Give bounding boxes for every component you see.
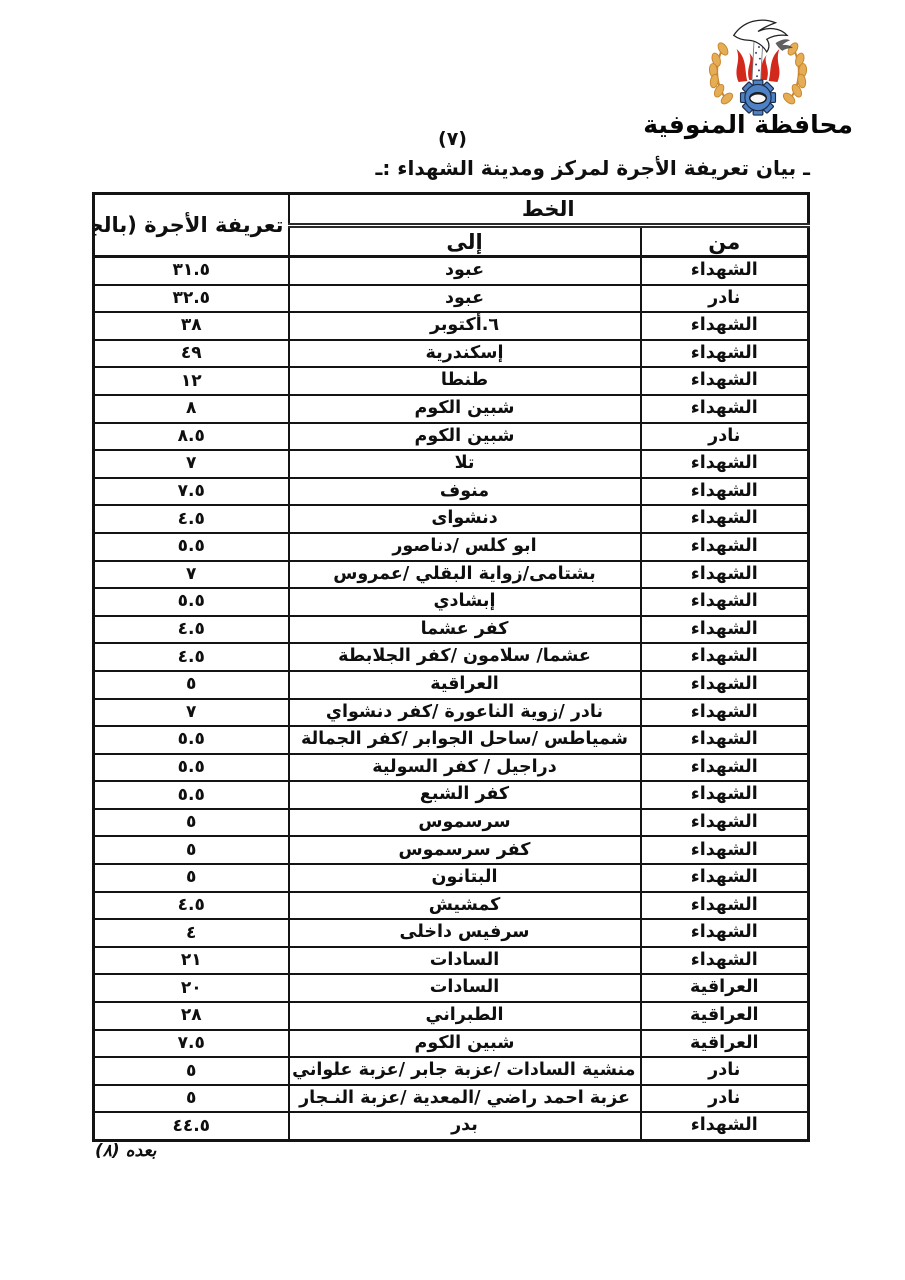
table-row: نادر عبود ٣٢.٥: [94, 285, 809, 313]
to-cell: السادات: [289, 947, 641, 975]
from-cell: الشهداء: [641, 864, 809, 892]
table-row: العراقية السادات ٢٠: [94, 974, 809, 1002]
table-row: الشهداء كمشيش ٤.٥: [94, 892, 809, 920]
to-cell: كفر عشما: [289, 616, 641, 644]
table-row: الشهداء نادر /زوية الناعورة /كفر دنشواي …: [94, 699, 809, 727]
from-cell: الشهداء: [641, 892, 809, 920]
fare-cell: ٣٨: [94, 312, 289, 340]
to-cell: بدر: [289, 1112, 641, 1140]
table-row: الشهداء شمياطس /ساحل الجوابر /كفر الجمال…: [94, 726, 809, 754]
to-cell: شبين الكوم: [289, 1030, 641, 1058]
from-cell: الشهداء: [641, 478, 809, 506]
table-row: الشهداء بدر ٤٤.٥: [94, 1112, 809, 1140]
table-row: الشهداء ٦.أكتوبر ٣٨: [94, 312, 809, 340]
column-header-fare: تعريفة الأجرة (بالجنيه): [94, 194, 289, 257]
to-cell: عبود: [289, 285, 641, 313]
fare-cell: ٥.٥: [94, 781, 289, 809]
fare-cell: ٥: [94, 836, 289, 864]
table-row: الشهداء طنطا ١٢: [94, 367, 809, 395]
fare-cell: ١٢: [94, 367, 289, 395]
from-cell: العراقية: [641, 974, 809, 1002]
to-cell: الطبراني: [289, 1002, 641, 1030]
fare-cell: ٧: [94, 450, 289, 478]
to-cell: سرسموس: [289, 809, 641, 837]
to-cell: البتانون: [289, 864, 641, 892]
to-cell: دنشواى: [289, 505, 641, 533]
from-cell: الشهداء: [641, 340, 809, 368]
continuation-note: بعده (٨): [95, 1141, 156, 1161]
to-cell: عشما/ سلامون /كفر الجلابطة: [289, 643, 641, 671]
fare-cell: ٤.٥: [94, 616, 289, 644]
fare-cell: ٤.٥: [94, 505, 289, 533]
table-row: الشهداء عشما/ سلامون /كفر الجلابطة ٤.٥: [94, 643, 809, 671]
from-cell: الشهداء: [641, 450, 809, 478]
table-row: الشهداء عبود ٣١.٥: [94, 257, 809, 285]
table-row: الشهداء بشتامى/زواية البقلي /عمروس ٧: [94, 561, 809, 589]
table-row: الشهداء العراقية ٥: [94, 671, 809, 699]
from-cell: الشهداء: [641, 533, 809, 561]
fare-cell: ٢١: [94, 947, 289, 975]
table-row: الشهداء تلا ٧: [94, 450, 809, 478]
table-row: نادر منشية السادات /عزبة جابر /عزبة علوا…: [94, 1057, 809, 1085]
column-header-from: من: [641, 226, 809, 257]
to-cell: إبشادي: [289, 588, 641, 616]
fare-cell: ٥: [94, 809, 289, 837]
to-cell: كفر الشبع: [289, 781, 641, 809]
fare-cell: ٢٠: [94, 974, 289, 1002]
fare-cell: ٥.٥: [94, 533, 289, 561]
from-cell: الشهداء: [641, 947, 809, 975]
to-cell: نادر /زوية الناعورة /كفر دنشواي: [289, 699, 641, 727]
table-row: الشهداء دنشواى ٤.٥: [94, 505, 809, 533]
scanned-document-page: محافظة المنوفية (٧) ـ بيان تعريفة الأجرة…: [0, 0, 905, 1280]
fare-table-body: الشهداء عبود ٣١.٥ نادر عبود ٣٢.٥ الشهداء…: [94, 257, 809, 1141]
governorate-emblem-icon: [683, 14, 833, 116]
to-cell: السادات: [289, 974, 641, 1002]
fare-table-header: الخط تعريفة الأجرة (بالجنيه) من إلى: [94, 194, 809, 257]
from-cell: الشهداء: [641, 671, 809, 699]
fare-cell: ٧: [94, 561, 289, 589]
to-cell: منوف: [289, 478, 641, 506]
from-cell: الشهداء: [641, 505, 809, 533]
from-cell: الشهداء: [641, 395, 809, 423]
from-cell: الشهداء: [641, 919, 809, 947]
to-cell: سرفيس داخلى: [289, 919, 641, 947]
to-cell: إسكندرية: [289, 340, 641, 368]
fare-cell: ٥.٥: [94, 726, 289, 754]
table-row: الشهداء شبين الكوم ٨: [94, 395, 809, 423]
from-cell: الشهداء: [641, 754, 809, 782]
to-cell: عبود: [289, 257, 641, 285]
table-row: الشهداء البتانون ٥: [94, 864, 809, 892]
fare-cell: ٣٢.٥: [94, 285, 289, 313]
page-number: (٧): [0, 128, 905, 150]
from-cell: الشهداء: [641, 588, 809, 616]
fare-cell: ٥.٥: [94, 754, 289, 782]
from-cell: الشهداء: [641, 809, 809, 837]
fare-cell: ٨: [94, 395, 289, 423]
table-row: الشهداء ابو كلس /دناصور ٥.٥: [94, 533, 809, 561]
table-row: الشهداء منوف ٧.٥: [94, 478, 809, 506]
table-row: نادر شبين الكوم ٨.٥: [94, 423, 809, 451]
to-cell: ابو كلس /دناصور: [289, 533, 641, 561]
table-row: الشهداء إبشادي ٥.٥: [94, 588, 809, 616]
fare-cell: ٥: [94, 864, 289, 892]
fare-cell: ٥: [94, 1057, 289, 1085]
from-cell: نادر: [641, 1057, 809, 1085]
table-row: الشهداء سرسموس ٥: [94, 809, 809, 837]
fare-cell: ٢٨: [94, 1002, 289, 1030]
from-cell: نادر: [641, 1085, 809, 1113]
to-cell: شبين الكوم: [289, 395, 641, 423]
table-row: الشهداء كفر الشبع ٥.٥: [94, 781, 809, 809]
table-row: الشهداء كفر عشما ٤.٥: [94, 616, 809, 644]
table-row: الشهداء دراجيل / كفر السولية ٥.٥: [94, 754, 809, 782]
to-cell: دراجيل / كفر السولية: [289, 754, 641, 782]
from-cell: العراقية: [641, 1030, 809, 1058]
fare-cell: ٣١.٥: [94, 257, 289, 285]
fare-cell: ٥: [94, 1085, 289, 1113]
column-header-to: إلى: [289, 226, 641, 257]
from-cell: الشهداء: [641, 616, 809, 644]
table-row: الشهداء كفر سرسموس ٥: [94, 836, 809, 864]
from-cell: الشهداء: [641, 781, 809, 809]
from-cell: الشهداء: [641, 367, 809, 395]
governorate-logo-block: محافظة المنوفية: [663, 14, 853, 139]
fare-cell: ٤.٥: [94, 643, 289, 671]
dove-icon: [734, 20, 793, 52]
to-cell: عزبة احمد راضي /المعدية /عزبة النـجار: [289, 1085, 641, 1113]
to-cell: تلا: [289, 450, 641, 478]
to-cell: بشتامى/زواية البقلي /عمروس: [289, 561, 641, 589]
to-cell: طنطا: [289, 367, 641, 395]
table-row: الشهداء إسكندرية ٤٩: [94, 340, 809, 368]
from-cell: الشهداء: [641, 257, 809, 285]
from-cell: الشهداء: [641, 643, 809, 671]
fare-cell: ٨.٥: [94, 423, 289, 451]
fare-table: الخط تعريفة الأجرة (بالجنيه) من إلى الشه…: [92, 192, 810, 1142]
document-title: ـ بيان تعريفة الأجرة لمركز ومدينة الشهدا…: [375, 156, 810, 180]
from-cell: العراقية: [641, 1002, 809, 1030]
fare-cell: ٤٩: [94, 340, 289, 368]
table-row: نادر عزبة احمد راضي /المعدية /عزبة النـج…: [94, 1085, 809, 1113]
fare-cell: ٤٤.٥: [94, 1112, 289, 1140]
to-cell: شمياطس /ساحل الجوابر /كفر الجمالة: [289, 726, 641, 754]
to-cell: كمشيش: [289, 892, 641, 920]
fare-cell: ٧.٥: [94, 1030, 289, 1058]
to-cell: شبين الكوم: [289, 423, 641, 451]
fare-cell: ٤: [94, 919, 289, 947]
table-row: العراقية شبين الكوم ٧.٥: [94, 1030, 809, 1058]
fare-cell: ٤.٥: [94, 892, 289, 920]
from-cell: الشهداء: [641, 726, 809, 754]
to-cell: منشية السادات /عزبة جابر /عزبة علواني: [289, 1057, 641, 1085]
to-cell: العراقية: [289, 671, 641, 699]
fare-cell: ٥.٥: [94, 588, 289, 616]
to-cell: ٦.أكتوبر: [289, 312, 641, 340]
to-cell: كفر سرسموس: [289, 836, 641, 864]
from-cell: الشهداء: [641, 699, 809, 727]
from-cell: الشهداء: [641, 1112, 809, 1140]
table-row: الشهداء السادات ٢١: [94, 947, 809, 975]
fare-cell: ٧: [94, 699, 289, 727]
fare-cell: ٥: [94, 671, 289, 699]
from-cell: الشهداء: [641, 836, 809, 864]
from-cell: الشهداء: [641, 561, 809, 589]
fare-cell: ٧.٥: [94, 478, 289, 506]
from-cell: نادر: [641, 285, 809, 313]
table-row: العراقية الطبراني ٢٨: [94, 1002, 809, 1030]
from-cell: نادر: [641, 423, 809, 451]
table-row: الشهداء سرفيس داخلى ٤: [94, 919, 809, 947]
from-cell: الشهداء: [641, 312, 809, 340]
column-header-line: الخط: [289, 194, 809, 226]
